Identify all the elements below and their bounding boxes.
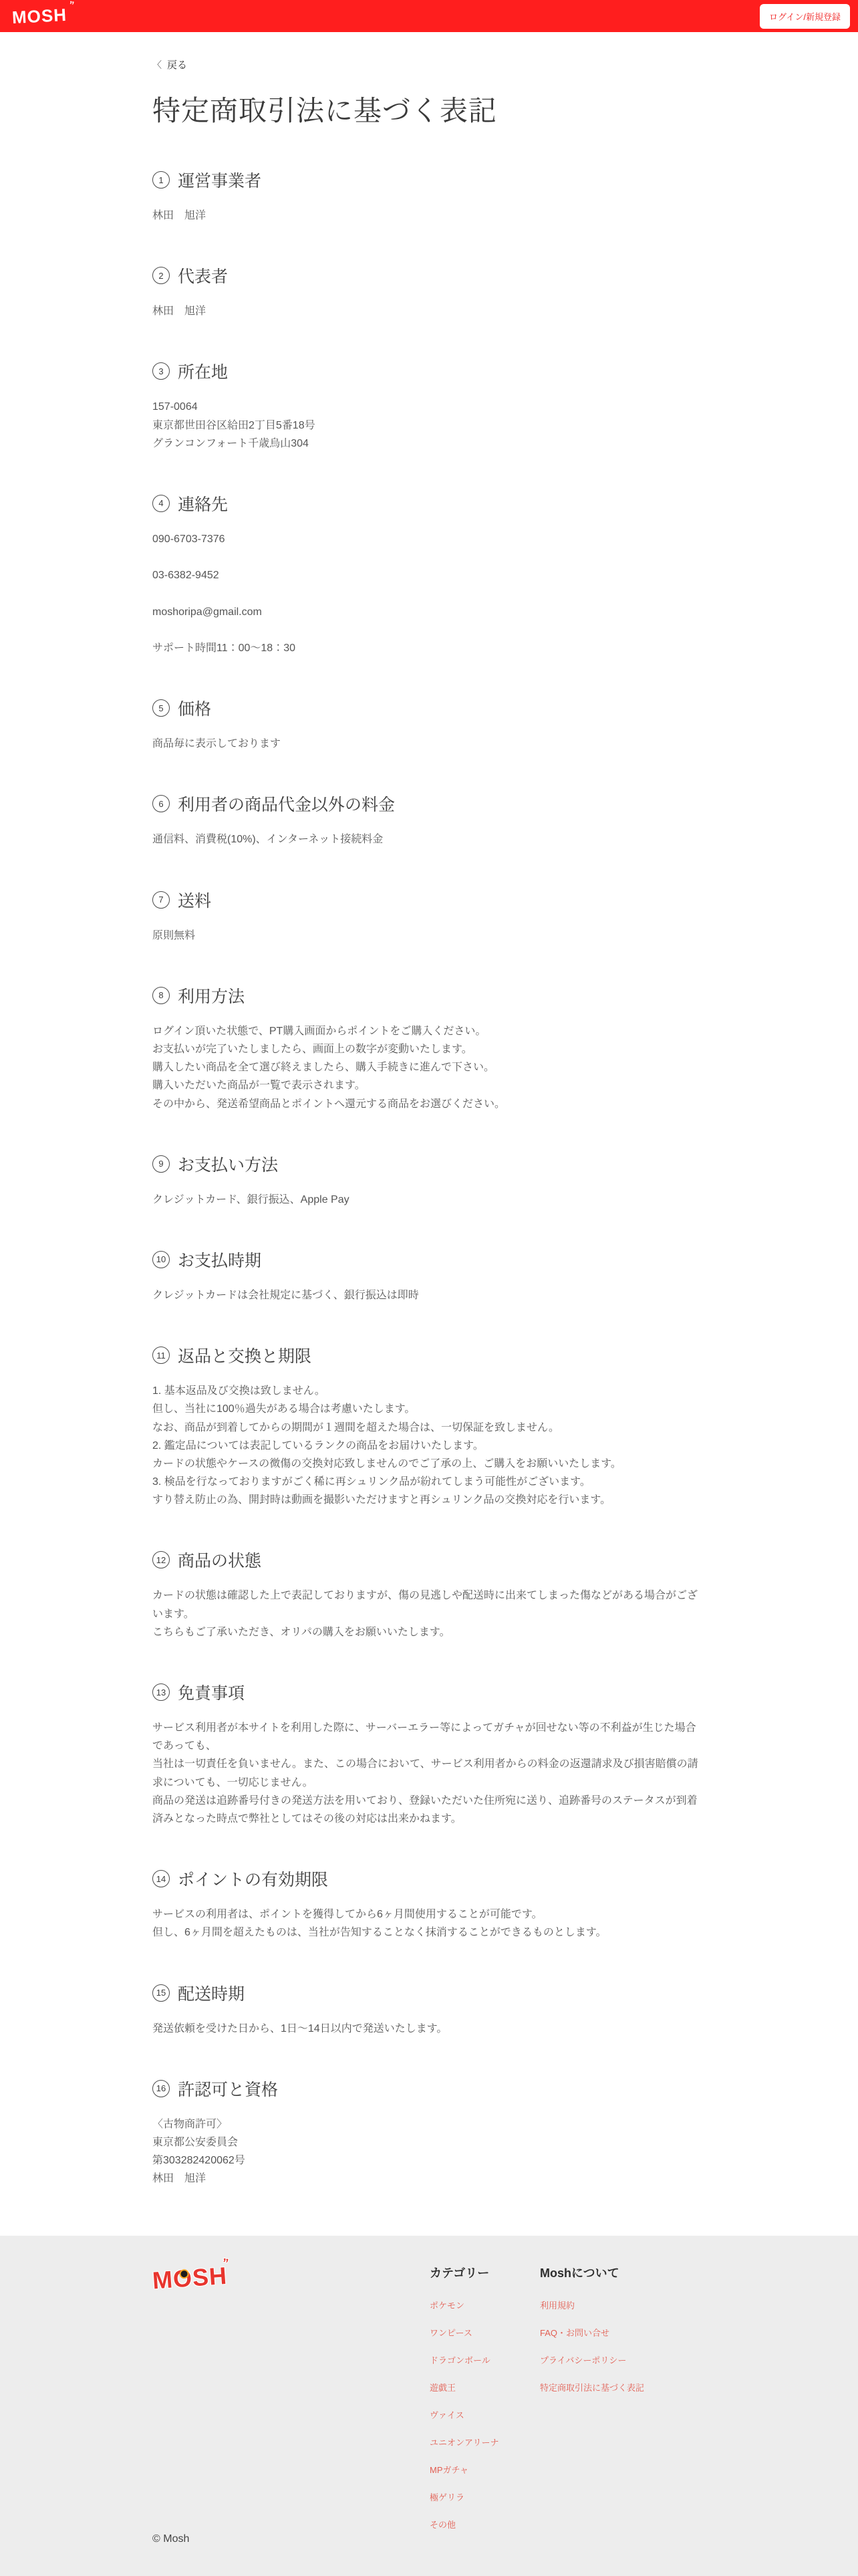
section-number-badge: 3 xyxy=(152,362,170,380)
section-heading: 16 許認可と資格 xyxy=(152,2077,706,2101)
footer-about-link[interactable]: FAQ・お問い合せ xyxy=(540,2328,609,2338)
legal-section: 7 送料 原則無料 xyxy=(152,888,706,945)
footer-link-item: 特定商取引法に基づく表記 xyxy=(540,2381,706,2394)
login-signup-button[interactable]: ログイン/新規登録 xyxy=(760,4,850,29)
section-body-text: 通信料、消費税(10%)、インターネット接続料金 xyxy=(152,830,706,848)
footer-column-title: Moshについて xyxy=(540,2264,706,2281)
footer-link-item: ドラゴンボール xyxy=(430,2353,540,2367)
footer-category-link[interactable]: その他 xyxy=(430,2520,456,2530)
section-number-badge: 5 xyxy=(152,699,170,717)
category-links: ポケモン ワンピース ドラゴンボール 遊戯王 ヴァイス ユニオンアリーナ MPガ… xyxy=(430,2299,540,2531)
footer-category-link[interactable]: 遊戯王 xyxy=(430,2383,456,2393)
section-heading-text: 代表者 xyxy=(178,263,228,287)
section-number-badge: 8 xyxy=(152,987,170,1004)
section-number-badge: 1 xyxy=(152,171,170,189)
section-heading-text: 送料 xyxy=(178,888,211,912)
footer-category-link[interactable]: ポケモン xyxy=(430,2301,464,2311)
footer-link-item: ユニオンアリーナ xyxy=(430,2436,540,2449)
footer-link-item: 利用規約 xyxy=(540,2299,706,2312)
legal-section: 5 価格 商品毎に表示しております xyxy=(152,696,706,753)
back-link[interactable]: 〈 戻る xyxy=(152,57,187,72)
mosh-logo[interactable]: MOSH ” xyxy=(11,4,67,27)
copyright-text: © Mosh xyxy=(152,2533,430,2545)
footer-column-about: Moshについて 利用規約 FAQ・お問い合せ プライバシーポリシー 特定商取引… xyxy=(540,2264,706,2545)
section-heading-text: 価格 xyxy=(178,696,211,720)
section-number-badge: 15 xyxy=(152,1984,170,2002)
section-body-text: カードの状態は確認した上で表記しておりますが、傷の見逃しや配送時に出来てしまった… xyxy=(152,1587,706,1641)
legal-section: 14 ポイントの有効期限 サービスの利用者は、ポイントを獲得してから6ヶ月間使用… xyxy=(152,1867,706,1942)
footer-category-link[interactable]: MPガチャ xyxy=(430,2465,468,2475)
section-heading-text: 所在地 xyxy=(178,359,228,383)
page-footer: MOSH ” © Mosh カテゴリー ポケモン ワンピース ドラゴンボール 遊… xyxy=(0,2236,858,2576)
footer-link-item: その他 xyxy=(430,2518,540,2531)
section-heading: 6 利用者の商品代金以外の料金 xyxy=(152,792,706,816)
section-body-text: 157-0064 東京都世田谷区給田2丁目5番18号 グランコンフォート千歳烏山… xyxy=(152,398,706,453)
section-heading: 9 お支払い方法 xyxy=(152,1152,706,1176)
section-body-text: 〈古物商許可〉 東京都公安委員会 第303282420062号 林田 旭洋 xyxy=(152,2115,706,2188)
footer-about-link[interactable]: 特定商取引法に基づく表記 xyxy=(540,2383,644,2393)
section-body-text: 1. 基本返品及び交換は致しません。 但し、当社に100％過失がある場合は考慮い… xyxy=(152,1382,706,1509)
section-number-badge: 11 xyxy=(152,1346,170,1364)
section-number-badge: 6 xyxy=(152,795,170,812)
footer-brand-block: MOSH ” © Mosh xyxy=(152,2264,430,2545)
logo-spark-icon: ” xyxy=(67,0,76,11)
section-heading: 1 運営事業者 xyxy=(152,168,706,192)
section-heading-text: 運営事業者 xyxy=(178,168,261,192)
section-heading-text: 返品と交換と期限 xyxy=(178,1343,311,1367)
footer-category-link[interactable]: ユニオンアリーナ xyxy=(430,2438,498,2448)
footer-about-link[interactable]: 利用規約 xyxy=(540,2301,575,2311)
section-number-badge: 12 xyxy=(152,1551,170,1568)
section-body-text: サービス利用者が本サイトを利用した際に、サーバーエラー等によってガチャが回せない… xyxy=(152,1719,706,1828)
footer-category-link[interactable]: 極ゲリラ xyxy=(430,2492,464,2502)
footer-mosh-logo: MOSH ” xyxy=(152,2261,241,2295)
section-heading-text: 免責事項 xyxy=(178,1680,245,1704)
footer-link-item: ワンピース xyxy=(430,2326,540,2339)
logo-spark-icon: ” xyxy=(221,2256,230,2271)
section-body-text: 商品毎に表示しております xyxy=(152,735,706,753)
section-number-badge: 13 xyxy=(152,1683,170,1701)
footer-category-link[interactable]: ヴァイス xyxy=(430,2410,464,2420)
legal-section: 13 免責事項 サービス利用者が本サイトを利用した際に、サーバーエラー等によって… xyxy=(152,1680,706,1828)
section-body-text: クレジットカードは会社規定に基づく、銀行振込は即時 xyxy=(152,1286,706,1304)
section-heading-text: 利用方法 xyxy=(178,983,245,1008)
mosh-logo-text: MOSH xyxy=(11,4,67,27)
section-number-badge: 9 xyxy=(152,1155,170,1173)
main-content: 〈 戻る 特定商取引法に基づく表記 1 運営事業者 林田 旭洋 2 代表者 林田… xyxy=(152,32,706,2188)
section-heading: 2 代表者 xyxy=(152,263,706,287)
section-heading: 4 連絡先 xyxy=(152,491,706,515)
section-body-text: クレジットカード、銀行振込、Apple Pay xyxy=(152,1191,706,1209)
section-heading-text: ポイントの有効期限 xyxy=(178,1867,328,1891)
footer-about-link[interactable]: プライバシーポリシー xyxy=(540,2355,626,2365)
legal-section: 16 許認可と資格 〈古物商許可〉 東京都公安委員会 第303282420062… xyxy=(152,2077,706,2188)
section-heading: 12 商品の状態 xyxy=(152,1548,706,1572)
legal-section: 1 運営事業者 林田 旭洋 xyxy=(152,168,706,225)
legal-section: 3 所在地 157-0064 東京都世田谷区給田2丁目5番18号 グランコンフォ… xyxy=(152,359,706,453)
section-heading-text: 商品の状態 xyxy=(178,1548,261,1572)
section-heading-text: 配送時期 xyxy=(178,1981,245,2005)
footer-category-link[interactable]: ドラゴンボール xyxy=(430,2355,490,2365)
section-heading: 5 価格 xyxy=(152,696,706,720)
section-heading: 8 利用方法 xyxy=(152,983,706,1008)
section-heading: 14 ポイントの有効期限 xyxy=(152,1867,706,1891)
section-body-text: 発送依頼を受けた日から、1日〜14日以内で発送いたします。 xyxy=(152,2020,706,2038)
legal-section: 12 商品の状態 カードの状態は確認した上で表記しておりますが、傷の見逃しや配送… xyxy=(152,1548,706,1641)
footer-link-item: ヴァイス xyxy=(430,2408,540,2422)
footer-column-title: カテゴリー xyxy=(430,2264,540,2281)
legal-section: 8 利用方法 ログイン頂いた状態で、PT購入画面からポイントをご購入ください。 … xyxy=(152,983,706,1113)
section-number-badge: 10 xyxy=(152,1251,170,1268)
legal-section: 15 配送時期 発送依頼を受けた日から、1日〜14日以内で発送いたします。 xyxy=(152,1981,706,2038)
section-heading-text: 連絡先 xyxy=(178,491,228,515)
footer-link-item: 遊戯王 xyxy=(430,2381,540,2394)
back-link-label: 戻る xyxy=(167,57,187,72)
legal-section: 9 お支払い方法 クレジットカード、銀行振込、Apple Pay xyxy=(152,1152,706,1209)
legal-section: 11 返品と交換と期限 1. 基本返品及び交換は致しません。 但し、当社に100… xyxy=(152,1343,706,1509)
section-heading: 10 お支払時期 xyxy=(152,1248,706,1272)
footer-category-link[interactable]: ワンピース xyxy=(430,2328,472,2338)
chevron-left-icon: 〈 xyxy=(152,58,162,72)
section-heading-text: 許認可と資格 xyxy=(178,2077,278,2101)
footer-mosh-logo-text: MOSH xyxy=(152,2262,229,2295)
about-links: 利用規約 FAQ・お問い合せ プライバシーポリシー 特定商取引法に基づく表記 xyxy=(540,2299,706,2394)
section-body-text: 林田 旭洋 xyxy=(152,302,706,320)
footer-link-item: プライバシーポリシー xyxy=(540,2353,706,2367)
section-heading-text: 利用者の商品代金以外の料金 xyxy=(178,792,395,816)
section-heading: 3 所在地 xyxy=(152,359,706,383)
page-title: 特定商取引法に基づく表記 xyxy=(152,89,706,129)
section-number-badge: 4 xyxy=(152,495,170,512)
section-body-text: ログイン頂いた状態で、PT購入画面からポイントをご購入ください。 お支払いが完了… xyxy=(152,1022,706,1113)
section-heading-text: お支払い方法 xyxy=(178,1152,278,1176)
section-heading: 7 送料 xyxy=(152,888,706,912)
section-body-text: 原則無料 xyxy=(152,927,706,945)
legal-sections: 1 運営事業者 林田 旭洋 2 代表者 林田 旭洋 3 所在地 157-0064… xyxy=(152,168,706,2188)
footer-link-item: ポケモン xyxy=(430,2299,540,2312)
footer-link-item: 極ゲリラ xyxy=(430,2490,540,2504)
legal-section: 6 利用者の商品代金以外の料金 通信料、消費税(10%)、インターネット接続料金 xyxy=(152,792,706,848)
footer-column-categories: カテゴリー ポケモン ワンピース ドラゴンボール 遊戯王 ヴァイス ユニオンアリ… xyxy=(430,2264,540,2545)
section-body-text: 林田 旭洋 xyxy=(152,207,706,225)
section-heading-text: お支払時期 xyxy=(178,1248,261,1272)
section-heading: 11 返品と交換と期限 xyxy=(152,1343,706,1367)
section-number-badge: 14 xyxy=(152,1870,170,1887)
section-number-badge: 16 xyxy=(152,2080,170,2097)
section-body-text: 090-6703-7376 03-6382-9452 moshoripa@gma… xyxy=(152,530,706,657)
section-heading: 15 配送時期 xyxy=(152,1981,706,2005)
legal-section: 2 代表者 林田 旭洋 xyxy=(152,263,706,320)
legal-section: 10 お支払時期 クレジットカードは会社規定に基づく、銀行振込は即時 xyxy=(152,1248,706,1304)
legal-section: 4 連絡先 090-6703-7376 03-6382-9452 moshori… xyxy=(152,491,706,657)
section-body-text: サービスの利用者は、ポイントを獲得してから6ヶ月間使用することが可能です。 但し… xyxy=(152,1905,706,1942)
footer-link-item: MPガチャ xyxy=(430,2463,540,2476)
footer-link-item: FAQ・お問い合せ xyxy=(540,2326,706,2339)
section-number-badge: 7 xyxy=(152,891,170,909)
app-header: MOSH ” ログイン/新規登録 xyxy=(0,0,858,32)
section-heading: 13 免責事項 xyxy=(152,1680,706,1704)
section-number-badge: 2 xyxy=(152,267,170,284)
